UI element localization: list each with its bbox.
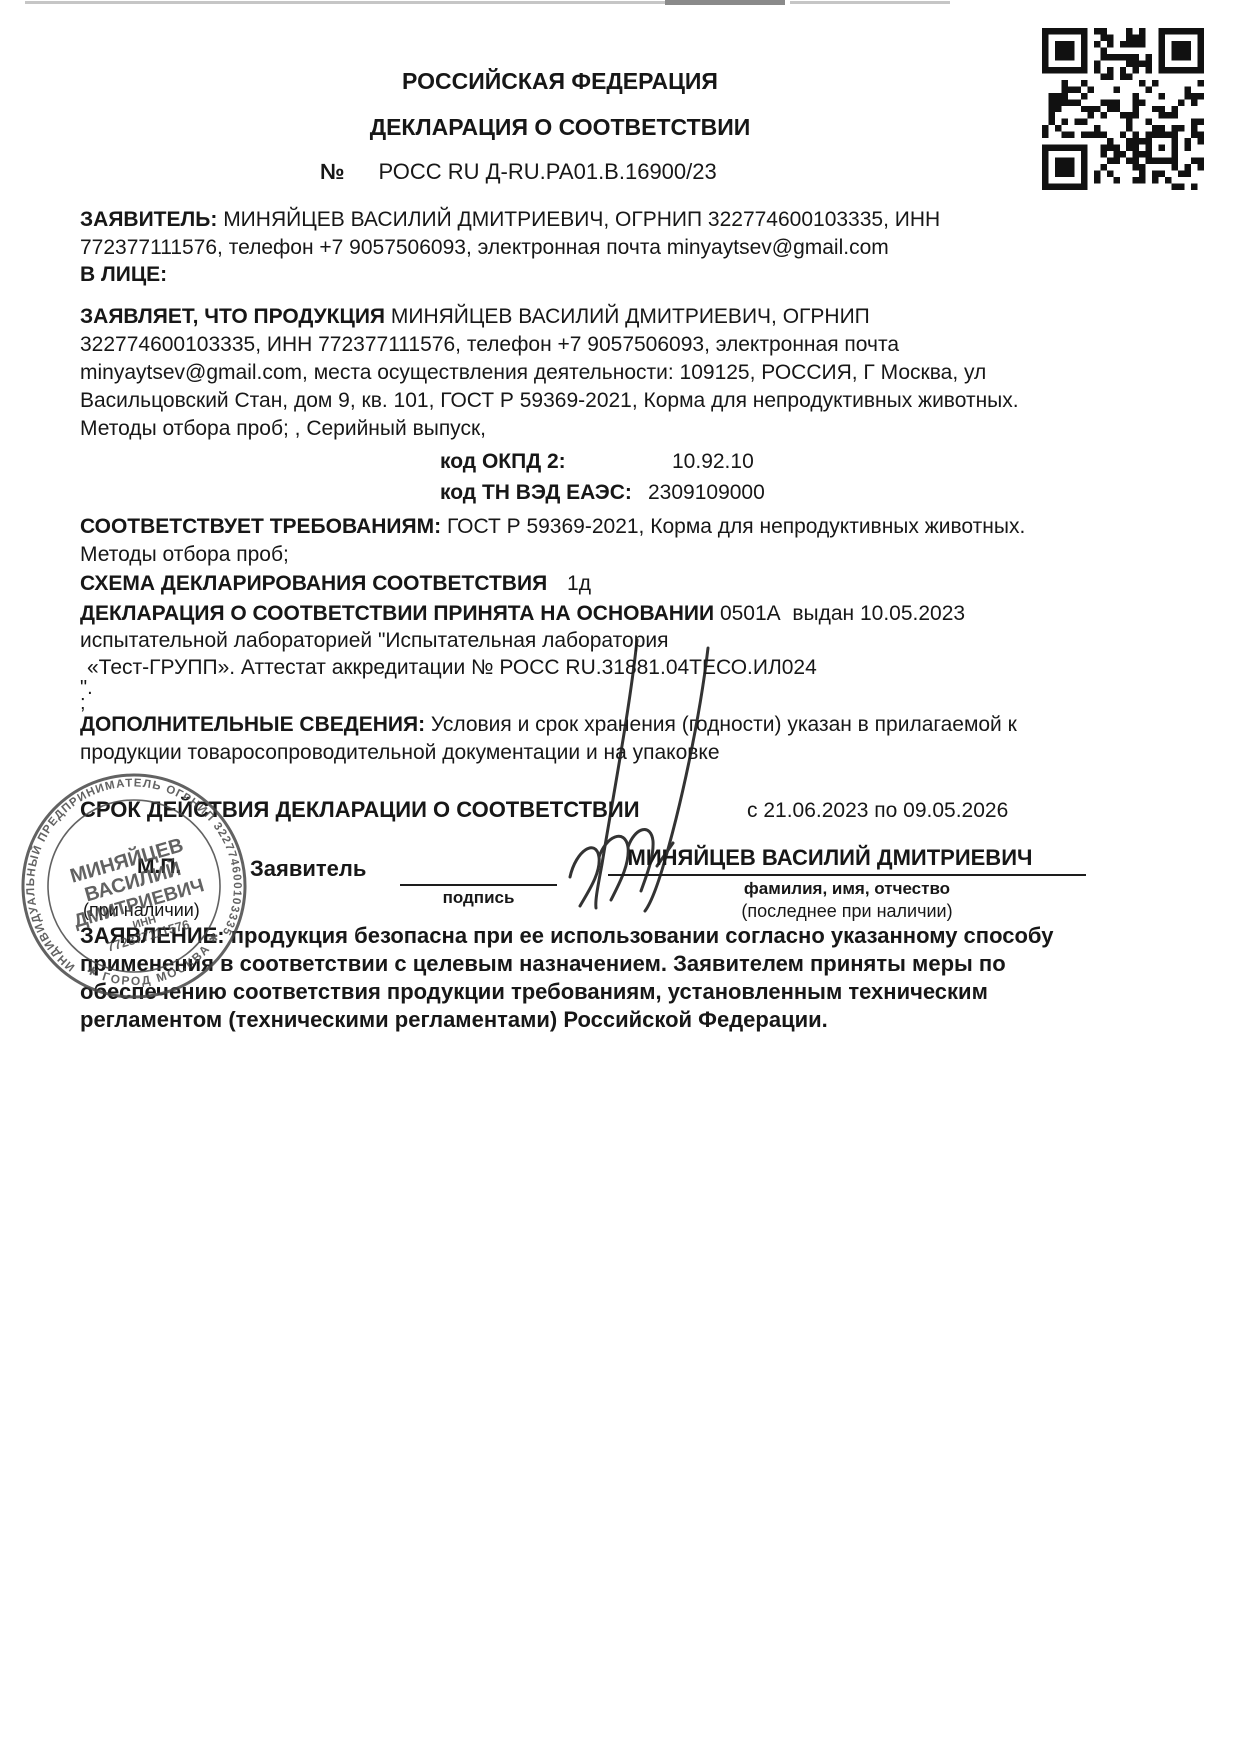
applicant-label: ЗАЯВИТЕЛЬ: (80, 208, 217, 231)
scheme-value: 1д (567, 572, 591, 595)
compliance-label: СООТВЕТСТВУЕТ ТРЕБОВАНИЯМ: (80, 515, 441, 538)
declaration-number-line: №РОСС RU Д-RU.РА01.В.16900/23 (320, 159, 717, 185)
scheme-line: СХЕМА ДЕКЛАРИРОВАНИЯ СООТВЕТСТВИЯ 1д (80, 570, 591, 598)
basis-value: 0501А выдан 10.05.2023 (720, 602, 965, 625)
document-title: ДЕКЛАРАЦИЯ О СООТВЕТСТВИИ (0, 114, 1120, 141)
signature-caption: подпись (400, 888, 557, 908)
scan-artifact (790, 1, 950, 4)
scheme-label: СХЕМА ДЕКЛАРИРОВАНИЯ СООТВЕТСТВИЯ (80, 572, 547, 595)
in-person-label: В ЛИЦЕ: (80, 261, 167, 289)
number-sign-label: № (320, 159, 345, 184)
handwritten-signature (540, 612, 740, 922)
tnved-code-label: код ТН ВЭД ЕАЭС: (440, 481, 632, 505)
product-paragraph: ЗАЯВЛЯЕТ, ЧТО ПРОДУКЦИЯ МИНЯЙЦЕВ ВАСИЛИЙ… (80, 303, 1040, 443)
compliance-paragraph: СООТВЕТСТВУЕТ ТРЕБОВАНИЯМ: ГОСТ Р 59369-… (80, 513, 1080, 569)
signature-line (400, 884, 557, 886)
okpd-code-label: код ОКПД 2: (440, 450, 566, 474)
okpd-code-value: 10.92.10 (672, 450, 754, 474)
declaration-document: РОССИЙСКАЯ ФЕДЕРАЦИЯ ДЕКЛАРАЦИЯ О СООТВЕ… (0, 0, 1239, 1753)
company-stamp: ИНДИВИДУАЛЬНЫЙ ПРЕДПРИНИМАТЕЛЬ ОГРНИП 32… (12, 764, 256, 1008)
scan-artifact (25, 1, 665, 4)
scan-artifact (665, 0, 785, 5)
validity-dates: с 21.06.2023 по 09.05.2026 (747, 799, 1008, 823)
applicant-role-label: Заявитель (250, 856, 366, 882)
country-title: РОССИЙСКАЯ ФЕДЕРАЦИЯ (0, 68, 1120, 95)
declaration-number: РОСС RU Д-RU.РА01.В.16900/23 (379, 159, 717, 184)
product-label: ЗАЯВЛЯЕТ, ЧТО ПРОДУКЦИЯ (80, 305, 385, 328)
qr-code (1042, 28, 1204, 190)
applicant-paragraph: ЗАЯВИТЕЛЬ: МИНЯЙЦЕВ ВАСИЛИЙ ДМИТРИЕВИЧ, … (80, 206, 1080, 262)
additional-info-label: ДОПОЛНИТЕЛЬНЫЕ СВЕДЕНИЯ: (80, 713, 425, 736)
tnved-code-value: 2309109000 (648, 481, 765, 505)
